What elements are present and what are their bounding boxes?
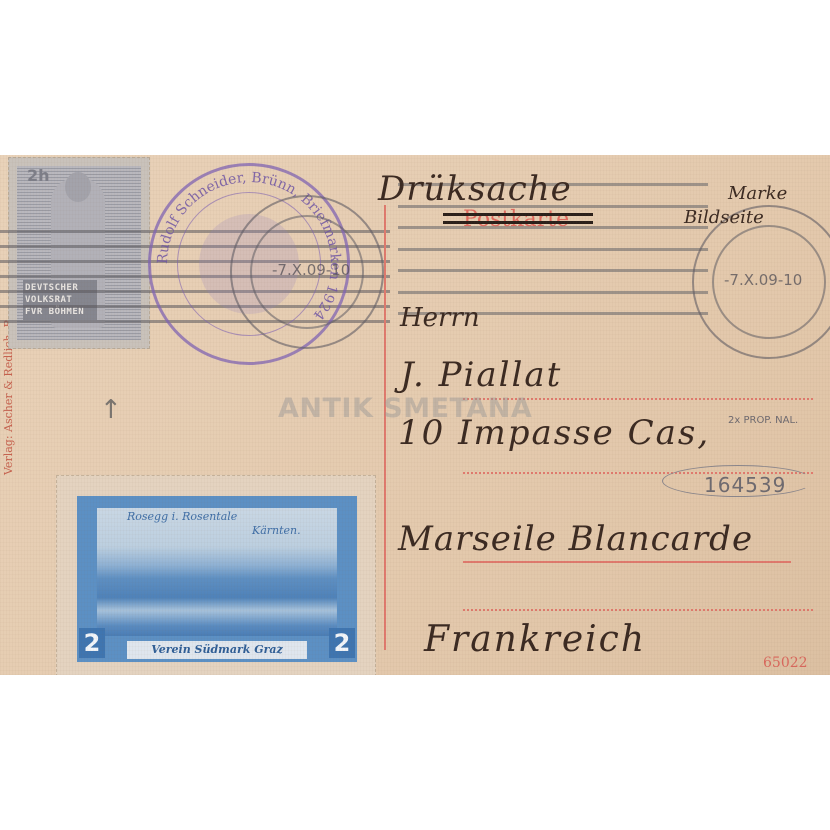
handwritten-recipient: J. Piallat bbox=[400, 355, 562, 395]
postcard: Verlag: Ascher & Redlich, B 2h DEVTSCHER… bbox=[0, 155, 830, 675]
printed-postkarte-label: Postkarte bbox=[463, 207, 569, 232]
pencil-note: 2x PROP. NAL. bbox=[728, 415, 798, 426]
postmark-date: -7.X.09-10 bbox=[724, 271, 802, 289]
handwritten-city: Marseile Blancarde bbox=[398, 519, 753, 559]
handwritten-bildseite: Bildseite bbox=[684, 207, 764, 228]
stamp-title: Rosegg i. Rosentale bbox=[127, 510, 237, 523]
stamp-value-left: 2 bbox=[79, 628, 105, 658]
pencil-arrow-mark: ↑ bbox=[100, 395, 122, 425]
landscape-vignette bbox=[97, 508, 337, 636]
pencil-inventory-number: 164539 bbox=[704, 473, 786, 497]
postmark-date: -7.X.09-10 bbox=[272, 261, 350, 279]
stamp-subtitle: Kärnten. bbox=[252, 524, 301, 537]
stamp-banner: Verein Südmark Graz bbox=[127, 641, 307, 659]
stamp-value: 2h bbox=[27, 166, 50, 185]
handwritten-drucksache: Drüksache bbox=[378, 169, 572, 209]
postmark-brno: -7.X.09-10 bbox=[230, 195, 384, 349]
stamp-verein-suedmark: Rosegg i. Rosentale Kärnten. 2 2 Verein … bbox=[56, 475, 376, 675]
strikethrough-line bbox=[443, 221, 593, 224]
handwritten-marke: Marke bbox=[728, 183, 787, 204]
postmark-brno-right: -7.X.09-10 bbox=[692, 205, 830, 359]
print-number: 65022 bbox=[763, 655, 808, 671]
address-divider-line bbox=[384, 205, 386, 650]
handwritten-country: Frankreich bbox=[424, 619, 646, 660]
watermark: ANTIK SMETANA bbox=[278, 393, 532, 424]
address-line-4 bbox=[463, 609, 813, 611]
address-line-3 bbox=[463, 561, 791, 563]
handwritten-salutation: Herrn bbox=[400, 303, 480, 333]
stamp-frame: Rosegg i. Rosentale Kärnten. 2 2 Verein … bbox=[77, 496, 357, 662]
stamp-value-right: 2 bbox=[329, 628, 355, 658]
strikethrough-line bbox=[443, 213, 593, 216]
